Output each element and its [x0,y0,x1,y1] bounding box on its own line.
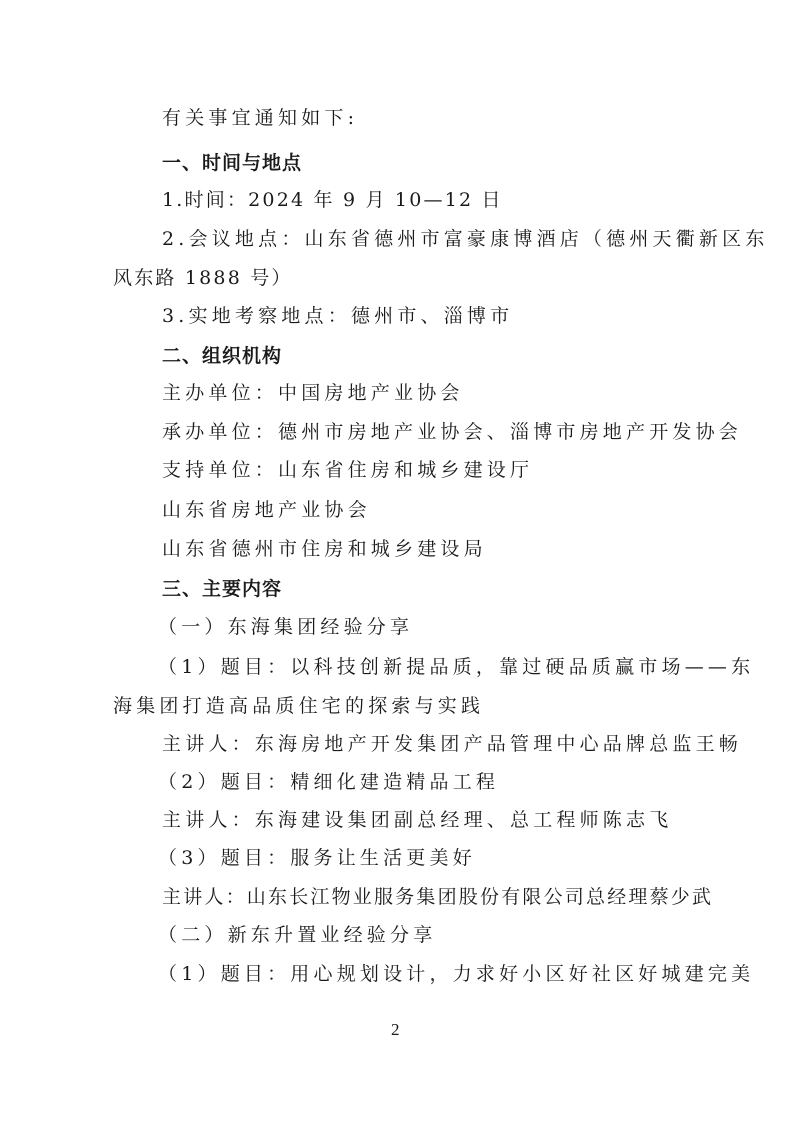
section-heading-content: 三、主要内容 [162,577,282,601]
topic-4-line: （1）题目：用心规划设计，力求好小区好社区好城建完美 [158,962,754,986]
field-visit-line: 3.实地考察地点：德州市、淄博市 [162,304,513,328]
venue-line: 2.会议地点：山东省德州市富豪康博酒店（德州天衢新区东 [162,227,769,251]
topic-3-line: （3）题目：服务让生活更美好 [158,846,476,870]
speaker-2-line: 主讲人：东海建设集团副总经理、总工程师陈志飞 [162,808,672,832]
topic-1-line-cont: 海集团打造高品质住宅的探索与实践 [113,694,484,718]
topic-2-line: （2）题目：精细化建造精品工程 [158,770,499,794]
topic-1-line: （1）题目：以科技创新提品质，靠过硬品质赢市场——东 [158,655,754,679]
page-number: 2 [391,1020,400,1040]
section-heading-organization: 二、组织机构 [162,344,282,368]
time-line: 1.时间：2024 年 9 月 10—12 日 [162,188,503,212]
section-heading-time-place: 一、时间与地点 [162,151,302,175]
speaker-1-line: 主讲人：东海房地产开发集团产品管理中心品牌总监王畅 [162,732,742,756]
intro-text: 有关事宜通知如下: [162,106,358,130]
speaker-3-line: 主讲人：山东长江物业服务集团股份有限公司总经理蔡少武 [162,885,713,909]
host-line: 主办单位：中国房地产业协会 [162,381,464,405]
subsection-xindongsheng: （二）新东升置业经验分享 [158,923,436,947]
supporter-line-3: 山东省德州市住房和城乡建设局 [162,537,487,561]
supporter-line-2: 山东省房地产业协会 [162,498,371,522]
subsection-donghai: （一）东海集团经验分享 [158,615,413,639]
venue-line-cont: 风东路 1888 号） [113,266,293,290]
document-page: 有关事宜通知如下: 一、时间与地点 1.时间：2024 年 9 月 10—12 … [0,0,794,1123]
supporter-line: 支持单位：山东省住房和城乡建设厅 [162,458,533,482]
organizer-line: 承办单位：德州市房地产业协会、淄博市房地产开发协会 [162,420,742,444]
